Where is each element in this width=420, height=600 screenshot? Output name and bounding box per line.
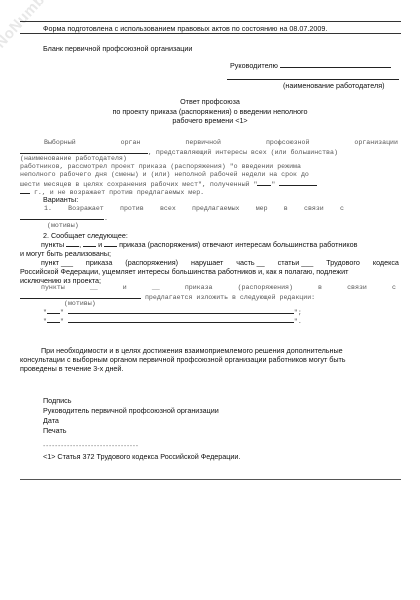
signature-block: Подпись Руководитель первичной профсоюзн… [43, 396, 219, 436]
employer-caption: (наименование работодателя) [283, 81, 384, 90]
variant-1-caption: (мотивы) [47, 222, 79, 229]
title-line-1: Ответ профсоюза [60, 97, 360, 107]
title-line-2: по проекту приказа (распоряжения) о введ… [60, 107, 360, 117]
variant-2-b-line-1: пункт ___ приказа (распоряжения) нарушае… [41, 258, 399, 267]
p1-line-3: работников, рассмотрел проект приказа (р… [20, 163, 301, 170]
head-label: Руководитель первичной профсоюзной орган… [43, 406, 219, 416]
variants-label: Варианты: [43, 195, 78, 204]
consult-line-2: консультации с выборным органом первично… [20, 355, 346, 364]
new-wording-line-1: "" "; [43, 307, 302, 316]
variant-2-a-line-2: и могут быть реализованы; [20, 249, 111, 258]
variant-2-b-line-2: Российской Федерации, ущемляет интересы … [20, 267, 348, 276]
p1-caption: (наименование работодателя) [20, 155, 127, 162]
date-month-blank [279, 179, 317, 186]
consult-line-1: При необходимости и в целях достижения в… [41, 346, 343, 355]
variant-2-label: 2. Сообщает следующее: [43, 231, 128, 240]
footnote-text: <1> Статья 372 Трудового кодекса Российс… [43, 452, 240, 461]
employer-blank [20, 147, 148, 154]
to-label: Руководителю [230, 61, 278, 70]
title-line-3: рабочего времени <1> [60, 116, 360, 126]
variant-1-line: 1. Возражает против всех предлагаемых ме… [44, 205, 344, 212]
stamp-label: Печать [43, 426, 219, 436]
doc-title: Ответ профсоюза по проекту приказа (расп… [60, 97, 360, 126]
date-label: Дата [43, 416, 219, 426]
new-wording-line-2: "" ". [43, 316, 302, 325]
p1-line-4: неполного рабочего дня (смены) и (или) н… [20, 171, 309, 178]
consult-line-3: проведены в течение 3-х дней. [20, 364, 123, 373]
date-day-blank [257, 179, 271, 186]
signature-label: Подпись [43, 396, 219, 406]
blank-label: Бланк первичной профсоюзной организации [43, 44, 192, 53]
document-page: NoNumbers.ru Форма подготовлена с исполь… [0, 0, 420, 600]
footnote-separator: -------------------------------- [43, 441, 139, 450]
date-year-blank [20, 187, 30, 194]
addressee-line: Руководителю [230, 61, 391, 70]
p1-line-1: Выборный орган первичной профсоюзной орг… [44, 139, 398, 146]
form-note: Форма подготовлена с использованием прав… [43, 24, 327, 33]
top-rule [20, 21, 401, 22]
motives-blank [20, 213, 104, 220]
variant-2-a-line-1: пункты , и приказа (распоряжения) отвеча… [41, 240, 357, 249]
motives-blank-2 [20, 292, 141, 299]
bottom-rule [20, 479, 401, 480]
header-bottom-rule [20, 33, 401, 34]
variant-2-c-line-1: пункты __ и __ приказа (распоряжения) в … [41, 284, 396, 291]
variant-1-motives: . [20, 213, 108, 222]
addressee-blank [280, 61, 391, 68]
employer-name-line [227, 79, 399, 80]
variant-2-c-caption: (мотивы) [64, 300, 96, 307]
